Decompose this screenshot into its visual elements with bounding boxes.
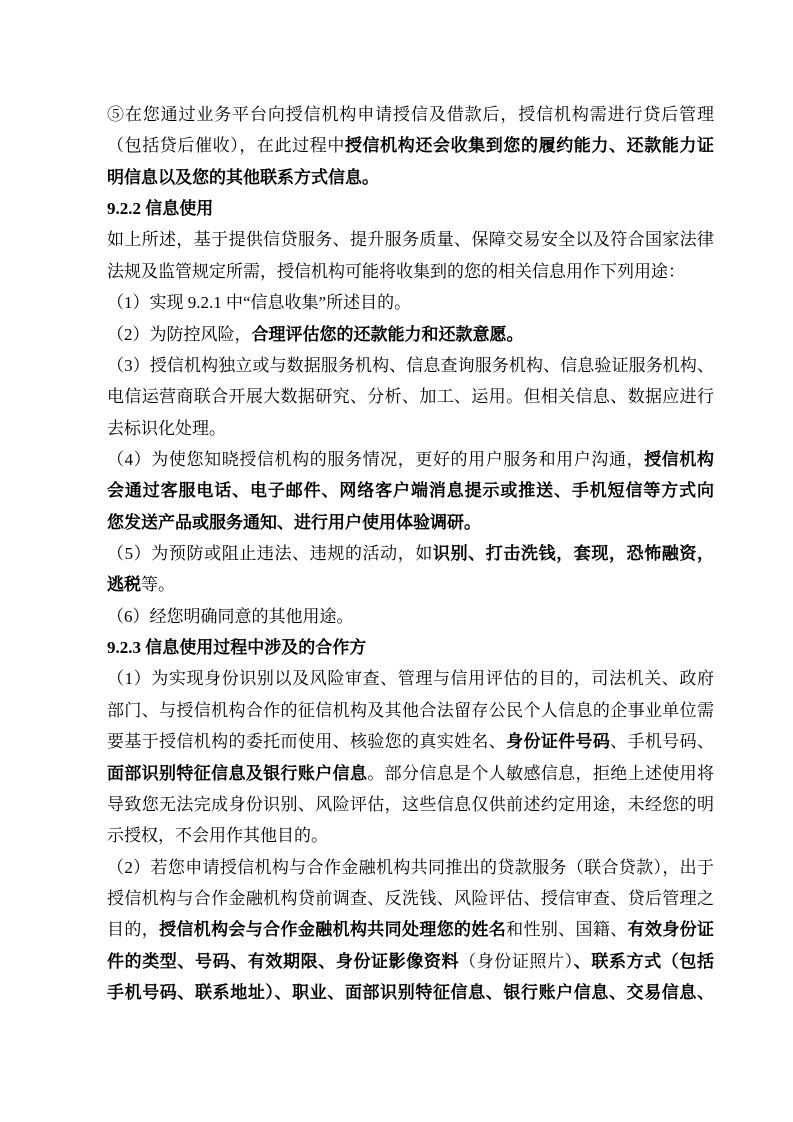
bold-text-segment: 、联系方式（包括 (574, 952, 714, 971)
text-segment: 、手机号码、 (610, 732, 714, 751)
text-line: 面部识别特征信息及银行账户信息。部分信息是个人敏感信息，拒绝上述使用将 (107, 758, 714, 789)
text-segment: 电信运营商联合开展大数据研究、分析、加工、运用。但相关信息、数据应进行 (107, 387, 714, 406)
text-segment: 要基于授信机构的委托而使用、核验您的真实姓名、 (107, 732, 506, 751)
text-line: （包括贷后催收），在此过程中授信机构还会收集到您的履约能力、还款能力证 (107, 130, 714, 161)
text-segment: （5）为预防或阻止违法、违规的活动，如 (107, 544, 433, 563)
text-line: （1）为实现身份识别以及风险审查、管理与信用评估的目的，司法机关、政府 (107, 663, 714, 694)
text-segment: 示授权，不会用作其他目的。 (107, 826, 328, 845)
bold-text-segment: 明信息以及您的其他联系方式信息。 (107, 168, 379, 187)
bold-text-segment: 有效身份证 (628, 920, 714, 939)
bold-text-segment: 授信机构 (644, 450, 714, 469)
text-segment: （1）为实现身份识别以及风险审查、管理与信用评估的目的，司法机关、政府 (107, 669, 714, 688)
text-line: 要基于授信机构的委托而使用、核验您的真实姓名、身份证件号码、手机号码、 (107, 726, 714, 757)
text-segment: （3）授信机构独立或与数据服务机构、信息查询服务机构、信息验证服务机构、 (107, 356, 714, 375)
text-segment: （6）经您明确同意的其他用途。 (107, 607, 354, 626)
text-line: 电信运营商联合开展大数据研究、分析、加工、运用。但相关信息、数据应进行 (107, 381, 714, 412)
bold-text-segment: 识别、打击洗钱，套现，恐怖融资， (433, 544, 714, 563)
text-segment: 去标识化处理。 (107, 419, 226, 438)
text-segment: 授信机构与合作金融机构贷前调查、反洗钱、风险评估、授信审查、贷后管理之 (107, 889, 714, 908)
text-line: 手机号码、联系地址）、职业、面部识别特征信息、银行账户信息、交易信息、 (107, 977, 714, 1008)
text-line: （6）经您明确同意的其他用途。 (107, 601, 714, 632)
text-line: （2）为防控风险，合理评估您的还款能力和还款意愿。 (107, 319, 714, 350)
section-heading: 9.2.2 信息使用 (107, 193, 714, 224)
bold-text-segment: 授信机构还会收集到您的履约能力、还款能力证 (345, 136, 714, 155)
text-line: 会通过客服电话、电子邮件、网络客户端消息提示或推送、手机短信等方式向 (107, 475, 714, 506)
bold-text-segment: 授信机构会与合作金融机构共同处理您的姓名 (159, 920, 506, 939)
text-line: 件的类型、号码、有效期限、身份证影像资料（身份证照片）、联系方式（包括 (107, 946, 714, 977)
bold-text-segment: 面部识别特征信息及银行账户信息 (107, 764, 367, 783)
text-line: 部门、与授信机构合作的征信机构及其他合法留存公民个人信息的企事业单位需 (107, 695, 714, 726)
text-segment: （2）为防控风险， (107, 325, 252, 344)
bold-text-segment: 身份证件号码 (506, 732, 610, 751)
text-segment: （4）为使您知晓授信机构的服务情况，更好的用户服务和用户沟通， (107, 450, 644, 469)
text-segment: （1）实现 9.2.1 中“信息收集”所述目的。 (107, 293, 411, 312)
text-segment: ⑤在您通过业务平台向授信机构申请授信及借款后，授信机构需进行贷后管理 (107, 105, 714, 124)
text-line: （2）若您申请授信机构与合作金融机构共同推出的贷款服务（联合贷款），出于 (107, 852, 714, 883)
text-line: （1）实现 9.2.1 中“信息收集”所述目的。 (107, 287, 714, 318)
bold-text-segment: 9.2.3 信息使用过程中涉及的合作方 (107, 638, 366, 657)
text-line: 您发送产品或服务通知、进行用户使用体验调研。 (107, 507, 714, 538)
bold-text-segment: 件的类型、号码、有效期限、身份证影像资料 (107, 952, 459, 971)
text-segment: （包括贷后催收），在此过程中 (107, 136, 345, 155)
text-segment: 。部分信息是个人敏感信息，拒绝上述使用将 (367, 764, 714, 783)
text-line: （3）授信机构独立或与数据服务机构、信息查询服务机构、信息验证服务机构、 (107, 350, 714, 381)
bold-text-segment: 逃税 (107, 575, 141, 594)
section-heading: 9.2.3 信息使用过程中涉及的合作方 (107, 632, 714, 663)
text-line: 目的，授信机构会与合作金融机构共同处理您的姓名和性别、国籍、有效身份证 (107, 914, 714, 945)
bold-text-segment: 手机号码、联系地址）、职业、面部识别特征信息、银行账户信息、交易信息、 (107, 983, 714, 1002)
text-line: 法规及监管规定所需，授信机构可能将收集到的您的相关信息用作下列用途： (107, 256, 714, 287)
text-segment: 法规及监管规定所需，授信机构可能将收集到的您的相关信息用作下列用途： (107, 262, 685, 281)
text-line: （4）为使您知晓授信机构的服务情况，更好的用户服务和用户沟通，授信机构 (107, 444, 714, 475)
text-line: ⑤在您通过业务平台向授信机构申请授信及借款后，授信机构需进行贷后管理 (107, 99, 714, 130)
bold-text-segment: 您发送产品或服务通知、进行用户使用体验调研。 (107, 513, 481, 532)
bold-text-segment: 会通过客服电话、电子邮件、网络客户端消息提示或推送、手机短信等方式向 (107, 481, 714, 500)
text-line: 明信息以及您的其他联系方式信息。 (107, 162, 714, 193)
text-line: 授信机构与合作金融机构贷前调查、反洗钱、风险评估、授信审查、贷后管理之 (107, 883, 714, 914)
text-segment: 目的， (107, 920, 159, 939)
document-body: ⑤在您通过业务平台向授信机构申请授信及借款后，授信机构需进行贷后管理（包括贷后催… (107, 99, 714, 1008)
text-line: 示授权，不会用作其他目的。 (107, 820, 714, 851)
text-line: 导致您无法完成身份识别、风险评估，这些信息仅供前述约定用途，未经您的明 (107, 789, 714, 820)
text-segment: 部门、与授信机构合作的征信机构及其他合法留存公民个人信息的企事业单位需 (107, 701, 714, 720)
text-line: 去标识化处理。 (107, 413, 714, 444)
text-segment: 和性别、国籍、 (506, 920, 627, 939)
text-segment: （2）若您申请授信机构与合作金融机构共同推出的贷款服务（联合贷款），出于 (107, 858, 714, 877)
text-segment: 如上所述，基于提供信贷服务、提升服务质量、保障交易安全以及符合国家法律 (107, 230, 714, 249)
text-segment: 等。 (141, 575, 175, 594)
document-page: ⑤在您通过业务平台向授信机构申请授信及借款后，授信机构需进行贷后管理（包括贷后催… (0, 0, 793, 1122)
text-line: 逃税等。 (107, 569, 714, 600)
text-line: （5）为预防或阻止违法、违规的活动，如识别、打击洗钱，套现，恐怖融资， (107, 538, 714, 569)
bold-text-segment: 合理评估您的还款能力和还款意愿。 (252, 325, 524, 344)
text-segment: 导致您无法完成身份识别、风险评估，这些信息仅供前述约定用途，未经您的明 (107, 795, 714, 814)
text-segment: （身份证照片） (459, 952, 574, 971)
text-line: 如上所述，基于提供信贷服务、提升服务质量、保障交易安全以及符合国家法律 (107, 224, 714, 255)
bold-text-segment: 9.2.2 信息使用 (107, 199, 213, 218)
